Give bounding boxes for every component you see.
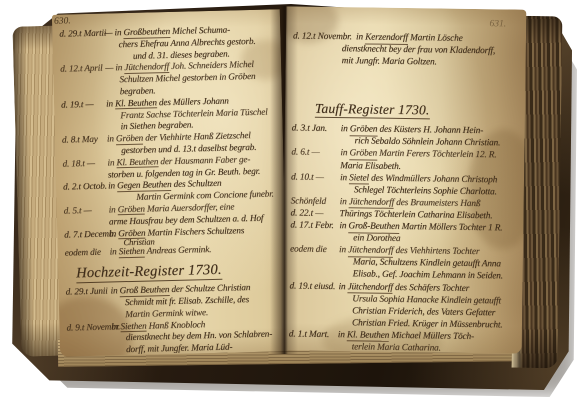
entry-text: Maria Auersdorffer, eine	[145, 201, 235, 213]
entry-date-label: d. 5.t —	[64, 205, 92, 217]
entry-text: Thürings Töchterlein Catharina Elisabeth…	[339, 209, 492, 221]
entry-text: Michael Müllers Töch-	[389, 331, 474, 342]
right-page-content: d. 12.t Novembr.in Kerzendorff Martin Lö…	[288, 30, 518, 349]
entry-text: Christian Friderich, des Vaters Gefatter	[352, 306, 495, 318]
place-name: Kl. Beuthen	[115, 97, 157, 110]
section-gap	[291, 67, 517, 104]
entry-text: in	[338, 282, 347, 292]
entry-date-label: d. 12.t April	[60, 63, 103, 76]
entry-date-label: d. 8.t May	[62, 134, 98, 147]
entry-date-label: d. 18.t —	[62, 158, 95, 171]
place-name: Sietel	[349, 173, 369, 185]
entry-text: in	[339, 245, 348, 255]
register-heading-text: Hochzeit-Register 1730.	[76, 262, 222, 284]
entry-text: Martin Fischers Schultzens	[145, 225, 244, 237]
entry-text: in	[106, 98, 115, 108]
entry-date-label: d. 2.t Octob.	[63, 181, 107, 194]
entry-text: Michel Schuma-	[170, 24, 230, 35]
entry-text: ein Dorothea	[353, 233, 400, 244]
place-name: Gegen Beuthen	[117, 179, 172, 192]
entry-text: des Windmüllers Johann Christoph	[369, 173, 497, 185]
place-name: Gröben	[118, 204, 145, 216]
page-number-left: 630.	[54, 16, 71, 26]
entry-text: in	[107, 157, 116, 167]
entry-text: der Hausmann Faber ge-	[158, 154, 250, 166]
entry-text: in	[107, 133, 116, 143]
entry-text: in	[340, 149, 349, 159]
entry-text: Ursula Sophia Hanacke Kindlein getaufft	[352, 294, 501, 306]
entry-text: Martin Germink witwe.	[125, 307, 208, 319]
entry-text: begraben.	[120, 85, 156, 96]
entry-text: und d. 31. dieses begraben.	[133, 48, 230, 60]
entry-text: Elisab., Gef. Joachim Lehmann in Seiden.	[353, 270, 503, 282]
right-page: 631. d. 12.t Novembr.in Kerzendorff Mart…	[282, 6, 527, 353]
place-name: Siethen	[120, 320, 146, 332]
entry-text: des Braumeisters Hanß	[394, 198, 480, 209]
place-name: Großbeuthen	[123, 26, 170, 39]
entry-date-label: d. 19.t —	[61, 99, 94, 112]
entry-text: des Viehhirtens Tochter	[393, 246, 479, 257]
entry-text: in	[339, 221, 348, 231]
place-name: Groß Beuthen	[119, 284, 169, 297]
place-name: Gröben	[349, 149, 377, 161]
entry-text: dorff, mit Jungfer. Maria Lüd-	[126, 342, 232, 355]
church-register-photo: 630. d. 29.t Martii— in Großbeuthen Mich…	[0, 0, 580, 397]
entry-date-label: d. 12.t Novembr.	[293, 30, 352, 43]
entry-text: des Schultzen	[171, 178, 221, 189]
place-name: Siethen	[119, 246, 145, 258]
entry-text: in	[338, 330, 347, 340]
place-name: Jütchendorff	[124, 61, 169, 74]
entry-text: — in	[105, 62, 124, 72]
entry-text: in	[340, 173, 349, 183]
place-name: Kl. Beuthen	[116, 156, 158, 169]
entry-text: rich Sebaldo Söhnlein Johann Christian.	[354, 137, 500, 149]
entry-text: in	[109, 204, 118, 214]
entry-text: Andreas Germink.	[145, 244, 212, 256]
register-heading: Hochzeit-Register 1730.	[76, 261, 278, 283]
entry-text: Schmidt mit fr. Elisab. Zschille, des	[125, 294, 249, 307]
entry-text: Maria Elisabeth.	[340, 161, 401, 172]
entry-text: Maria, Schultzens Kindlein getaufft Anna	[353, 258, 501, 270]
entry-text: Christian Fried. Krüger in Müssenbrucht.	[352, 318, 503, 330]
place-name: Gröben	[116, 133, 143, 145]
entry-text: Martin Möllers Tochter 1 R.	[399, 222, 502, 233]
register-heading-text: Tauff-Register 1730.	[315, 101, 430, 120]
entry-text: der Schultze Christian	[169, 282, 250, 294]
entry-text: in	[108, 181, 117, 191]
register-heading: Tauff-Register 1730.	[315, 101, 517, 120]
entry-text: des Schäfers Tochter	[393, 282, 469, 293]
entry-text: des Küsters H. Johann Hein-	[377, 125, 483, 136]
entry-text: in Siethen begraben.	[120, 120, 193, 132]
entry-text: mit Jungfr. Maria Goltzen.	[342, 56, 437, 67]
page-number-right: 631.	[489, 19, 506, 29]
left-page-content: d. 29.t Martii— in Großbeuthen Michel Sc…	[58, 23, 280, 352]
entry-text: in	[340, 197, 349, 207]
entry-date-label: d. 29.t Junii	[66, 286, 108, 299]
entry-text: — in	[104, 27, 123, 37]
entry-date-label: eodem die	[65, 247, 101, 260]
entry-text: dienstknecht bey der frau von Kladendorf…	[342, 44, 495, 56]
entry-text: Martin Lösche	[408, 33, 463, 44]
entry-text: in	[356, 32, 365, 42]
entry-text: Hanß Knobloch	[146, 319, 205, 330]
entry-text: in	[110, 247, 119, 257]
place-name: Gröben	[350, 125, 378, 137]
entry-text: in	[110, 285, 119, 295]
entry-text: Joh. Schneiders Michel	[169, 59, 254, 71]
entry-text: Martin Ferers Töchterlein 12. R.	[377, 149, 497, 161]
entry-text: Schlegel Töchterleins Sophie Charlotta.	[354, 185, 497, 197]
book-gutter	[270, 6, 298, 354]
entry-text: in	[341, 124, 350, 134]
entry-text: des Müllers Johann	[157, 95, 229, 107]
entry-text: der Viehhirte Hanß Zietzschel	[143, 130, 251, 143]
left-page: 630. d. 29.t Martii— in Großbeuthen Mich…	[52, 9, 288, 356]
